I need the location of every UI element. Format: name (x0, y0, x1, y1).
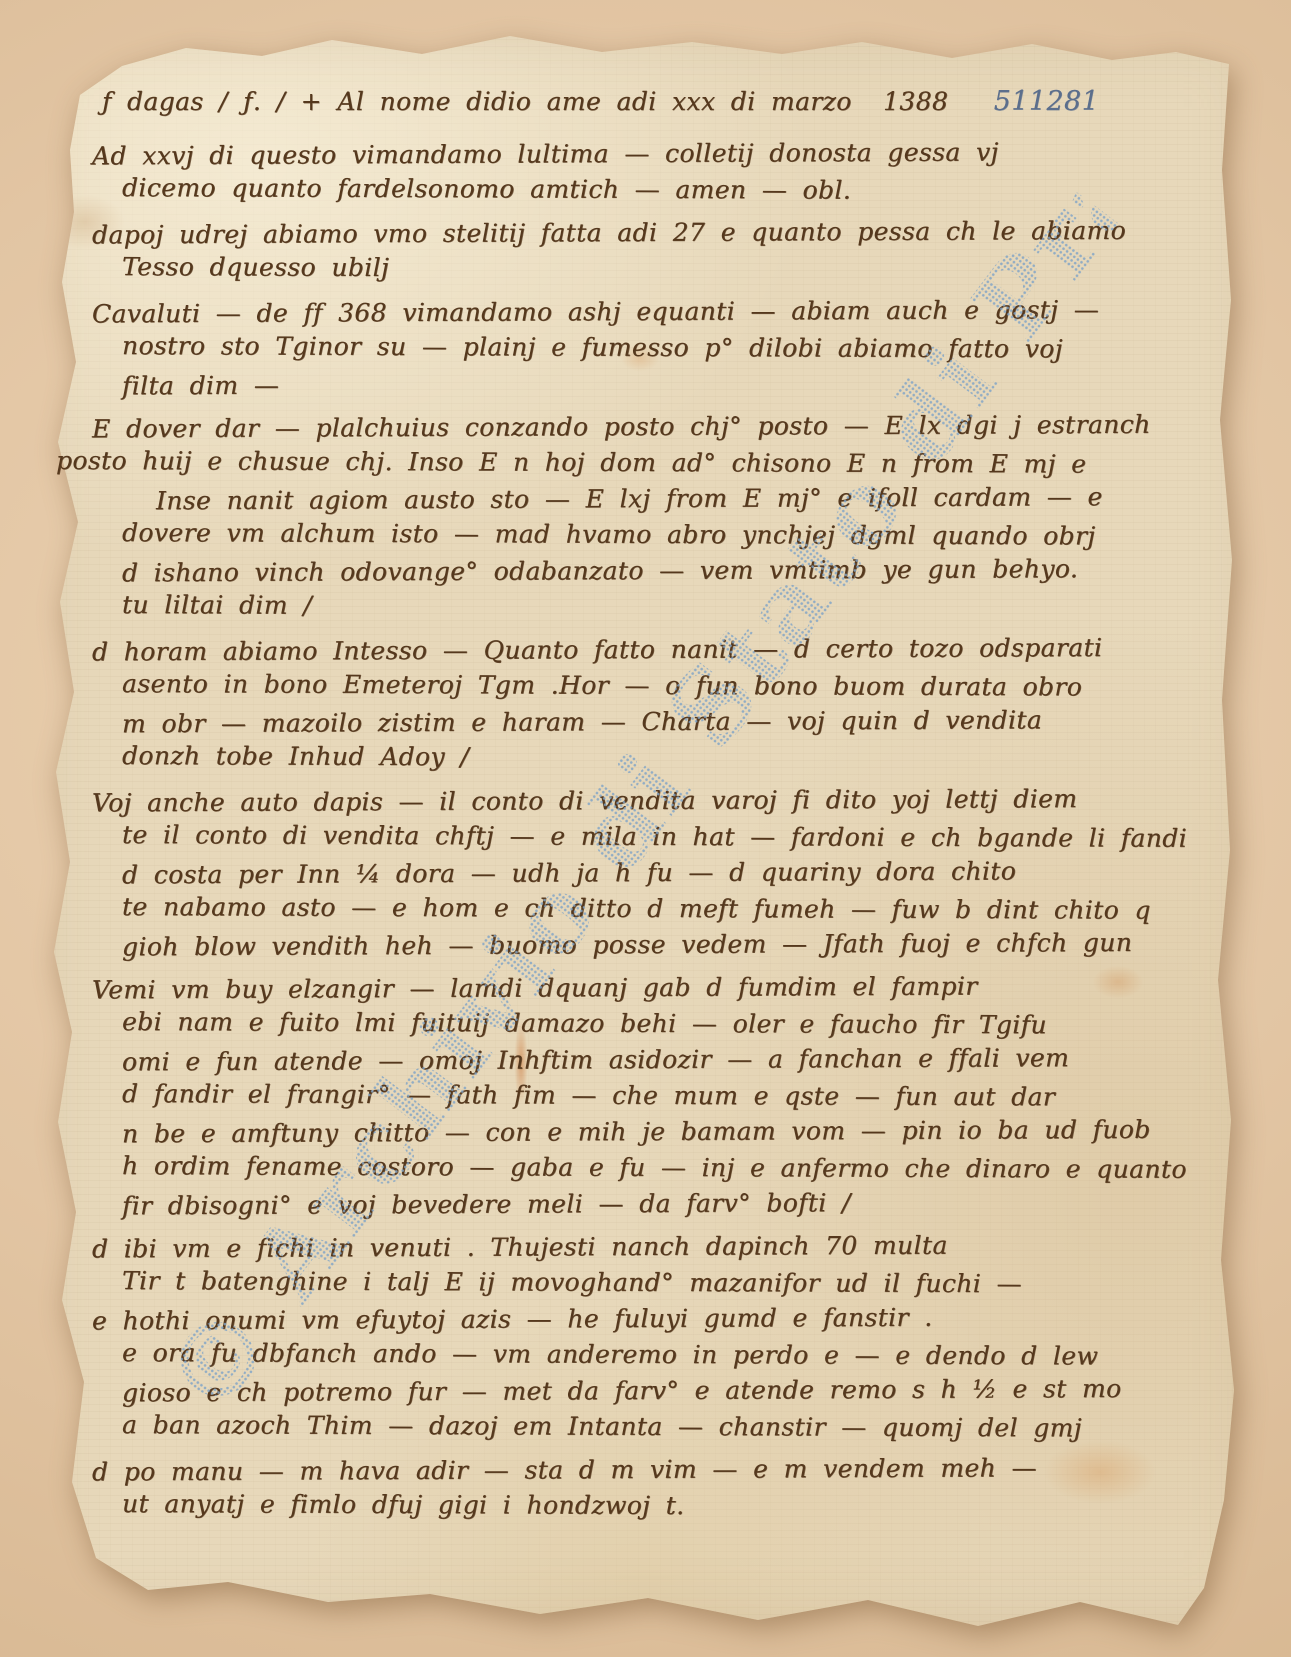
manuscript-line: Inse nanit agiom austo sto — E lxj from … (156, 479, 1208, 520)
manuscript-line: Ad xxvj di questo vimandamo lultima — co… (92, 134, 1208, 175)
manuscript-line: d ibi vm e fichi in venuti . Thujesti na… (92, 1227, 1208, 1268)
paragraph: E dover dar — plalchuius conzando posto … (92, 409, 1208, 625)
manuscript-line: asento in bono Emeteroj Tgm .Hor — o fun… (122, 666, 1208, 706)
paragraph: Ad xxvj di questo vimandamo lultima — co… (92, 136, 1208, 208)
manuscript-line: Cavaluti — de ff 368 vimandamo ashj equa… (92, 292, 1208, 333)
manuscript-line: fir dbisogni° e voj bevedere meli — da f… (122, 1184, 1208, 1225)
manuscript-line: Tir t batenghine i talj E ij movoghand° … (122, 1263, 1208, 1303)
manuscript-line: tu liltai dim / (122, 587, 1208, 627)
manuscript-line: Tesso dquesso ubilj (122, 249, 1208, 289)
paragraph: d po manu — m hava adir — sta d m vim — … (92, 1452, 1208, 1524)
manuscript-line: dicemo quanto fardelsonomo amtich — amen… (122, 170, 1208, 210)
manuscript-line: e ora fu dbfanch ando — vm anderemo in p… (122, 1335, 1208, 1375)
paragraph: dapoj udrej abiamo vmo stelitij fatta ad… (92, 215, 1208, 287)
manuscript-line: m obr — mazoilo zistim e haram — Charta … (122, 702, 1208, 743)
manuscript-line: a ban azoch Thim — dazoj em Intanta — ch… (122, 1407, 1208, 1447)
manuscript-line: ebi nam e fuito lmi fuituij damazo behi … (122, 1004, 1208, 1044)
manuscript-line: d po manu — m hava adir — sta d m vim — … (92, 1450, 1208, 1491)
manuscript-line: h ordim fename costoro — gaba e fu — inj… (122, 1148, 1208, 1188)
manuscript-line: donzh tobe Inhud Adoy / (122, 738, 1208, 778)
manuscript-line: E dover dar — plalchuius conzando posto … (92, 407, 1208, 448)
manuscript-line: d horam abiamo Intesso — Quanto fatto na… (92, 630, 1208, 671)
manuscript-line: d ishano vinch odovange° odabanzato — ve… (122, 551, 1208, 592)
manuscript-line: omi e fun atende — omoj Inhftim asidozir… (122, 1040, 1208, 1081)
manuscript-text-block: ƒ dagas / ƒ. / + Al nome didio ame adi x… (92, 84, 1208, 1531)
manuscript-line: Voj anche auto dapis — il conto di vendi… (92, 781, 1208, 822)
manuscript-line: Vemi vm buy elzangir — lamdi dquanj gab … (92, 968, 1208, 1009)
manuscript-line: d costa per Inn ¼ dora — udh ja h fu — d… (122, 853, 1208, 894)
paragraph: Vemi vm buy elzangir — lamdi dquanj gab … (92, 970, 1208, 1222)
header-line: ƒ dagas / ƒ. / + Al nome didio ame adi x… (102, 84, 1208, 120)
manuscript-line: n be e amftuny chitto — con e mih je bam… (122, 1112, 1208, 1153)
date-year: 1388 (883, 87, 948, 116)
manuscript-line: posto huij e chusue chj. Inso E n hoj do… (56, 443, 1208, 483)
archive-number: 511281 (994, 86, 1099, 117)
manuscript-line: gioh blow vendith heh — buomo posse vede… (122, 925, 1208, 966)
manuscript-line: gioso e ch potremo fur — met da farv° e … (122, 1371, 1208, 1412)
manuscript-paragraphs: Ad xxvj di questo vimandamo lultima — co… (92, 136, 1208, 1524)
manuscript-line: dovere vm alchum isto — mad hvamo abro y… (122, 515, 1208, 555)
manuscript-line: d fandir el frangir° — fath fim — che mu… (122, 1076, 1208, 1116)
manuscript-line: nostro sto Tginor su — plainj e fumesso … (122, 328, 1208, 368)
paragraph: d ibi vm e fichi in venuti . Thujesti na… (92, 1229, 1208, 1445)
header-invocation: ƒ dagas / ƒ. / + Al nome didio ame adi x… (102, 87, 852, 116)
paragraph: Voj anche auto dapis — il conto di vendi… (92, 783, 1208, 963)
manuscript-line: filta dim — (122, 364, 1208, 405)
manuscript-line: te il conto di vendita chftj — e mila in… (122, 817, 1208, 857)
paragraph: d horam abiamo Intesso — Quanto fatto na… (92, 632, 1208, 776)
manuscript-line: dapoj udrej abiamo vmo stelitij fatta ad… (92, 213, 1208, 254)
manuscript-line: e hothi onumi vm efuytoj azis — he fuluy… (92, 1299, 1208, 1340)
paragraph: Cavaluti — de ff 368 vimandamo ashj equa… (92, 294, 1208, 402)
manuscript-line: te nabamo asto — e hom e ch ditto d meft… (122, 889, 1208, 929)
manuscript-line: ut anyatj e fimlo dfuj gigi i hondzwoj t… (122, 1486, 1208, 1526)
